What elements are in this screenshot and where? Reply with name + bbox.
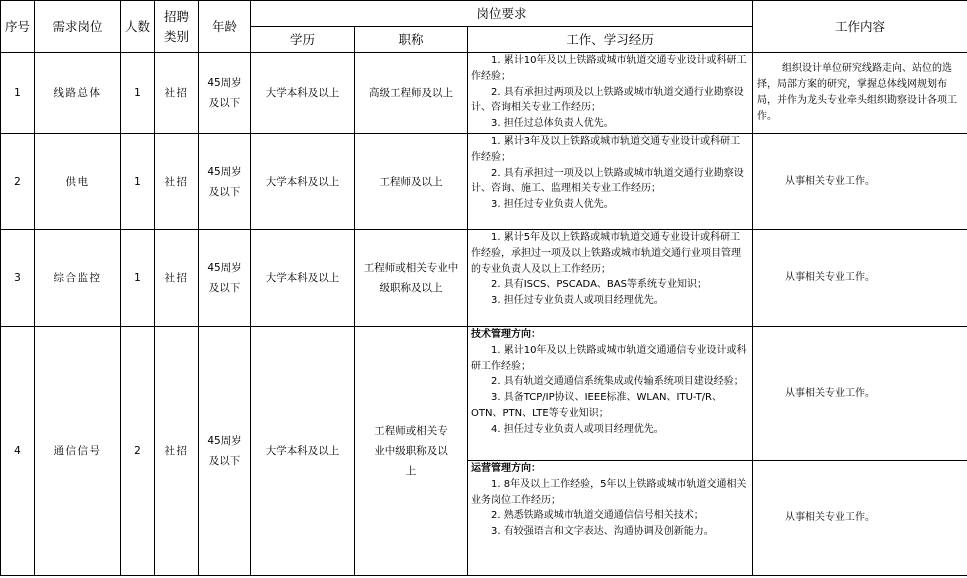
cell-position: 通信信号 (35, 327, 121, 576)
age-line2: 及以下 (199, 93, 250, 113)
header-experience: 工作、学习经历 (468, 27, 753, 53)
cell-education: 大学本科及以上 (251, 134, 355, 230)
cell-category: 社招 (155, 134, 199, 230)
job-content-text: 从事相关专业工作。 (757, 386, 963, 402)
age-line1: 45周岁 (199, 258, 250, 278)
age-line1: 45周岁 (199, 431, 250, 451)
cell-job-content: 从事相关专业工作。 (753, 230, 967, 327)
experience-item: 2. 具有承担过两项及以上铁路或城市轨道交通行业勘察设计、咨询相关专业工作经历； (471, 85, 749, 117)
cell-title: 高级工程师及以上 (355, 53, 468, 134)
cell-category: 社招 (155, 53, 199, 134)
experience-item: 1. 累计3年及以上铁路或城市轨道交通专业设计或科研工作经验； (471, 134, 749, 166)
job-content-text: 组织设计单位研究线路走向、站位的选择，局部方案的研究，掌握总体线网规划布局，并作… (757, 61, 963, 125)
header-education: 学历 (251, 27, 355, 53)
header-requirements: 岗位要求 (251, 1, 753, 27)
job-content-text: 从事相关专业工作。 (757, 510, 963, 526)
age-line2: 及以下 (199, 278, 250, 298)
header-job-content: 工作内容 (753, 1, 967, 53)
cell-job-content: 从事相关专业工作。 (753, 461, 967, 576)
cell-title: 工程师及以上 (355, 134, 468, 230)
cell-position: 供电 (35, 134, 121, 230)
header-title: 职称 (355, 27, 468, 53)
direction-heading: 运营管理方向： (471, 461, 749, 477)
cell-experience: 1. 累计3年及以上铁路或城市轨道交通专业设计或科研工作经验； 2. 具有承担过… (468, 134, 753, 230)
cell-job-content: 从事相关专业工作。 (753, 327, 967, 461)
header-category-line2: 类别 (155, 27, 198, 47)
job-content-text: 从事相关专业工作。 (757, 270, 963, 286)
experience-item: 1. 累计10年及以上铁路或城市轨道交通专业设计或科研工作经验； (471, 53, 749, 85)
cell-category: 社招 (155, 230, 199, 327)
cell-experience: 1. 累计10年及以上铁路或城市轨道交通专业设计或科研工作经验； 2. 具有承担… (468, 53, 753, 134)
cell-count: 1 (121, 230, 155, 327)
table-row: 2 供电 1 社招 45周岁 及以下 大学本科及以上 工程师及以上 1. 累计3… (1, 134, 967, 230)
cell-education: 大学本科及以上 (251, 327, 355, 576)
experience-item: 2. 具有ISCS、PSCADA、BAS等系统专业知识； (471, 277, 749, 293)
experience-item: 3. 担任过专业负责人优先。 (471, 197, 749, 213)
cell-position: 线路总体 (35, 53, 121, 134)
cell-count: 1 (121, 53, 155, 134)
experience-item: 1. 8年及以上工作经验，5年以上铁路或城市轨道交通相关业务岗位工作经历； (471, 477, 749, 509)
table-row: 4 通信信号 2 社招 45周岁 及以下 大学本科及以上 工程师或相关专业中级职… (1, 327, 967, 461)
cell-education: 大学本科及以上 (251, 53, 355, 134)
job-content-text: 从事相关专业工作。 (757, 174, 963, 190)
age-line1: 45周岁 (199, 73, 250, 93)
experience-item: 2. 熟悉铁路或城市轨道交通通信信号相关技术； (471, 508, 749, 524)
cell-seq: 4 (1, 327, 35, 576)
cell-experience-operations: 运营管理方向： 1. 8年及以上工作经验，5年以上铁路或城市轨道交通相关业务岗位… (468, 461, 753, 576)
experience-item: 4. 担任过专业负责人或项目经理优先。 (471, 422, 749, 438)
age-line2: 及以下 (199, 182, 250, 202)
cell-seq: 3 (1, 230, 35, 327)
experience-item: 2. 具有承担过一项及以上铁路或城市轨道交通行业勘察设计、咨询、施工、监理相关专… (471, 166, 749, 198)
cell-job-content: 组织设计单位研究线路走向、站位的选择，局部方案的研究，掌握总体线网规划布局，并作… (753, 53, 967, 134)
recruitment-table: 序号 需求岗位 人数 招聘 类别 年龄 岗位要求 工作内容 学历 职称 工作、学… (0, 0, 967, 576)
header-category-line1: 招聘 (155, 7, 198, 27)
cell-seq: 2 (1, 134, 35, 230)
experience-item: 3. 担任过总体负责人优先。 (471, 116, 749, 132)
cell-experience: 1. 累计5年及以上铁路或城市轨道交通专业设计或科研工作经验，承担过一项及以上铁… (468, 230, 753, 327)
experience-item: 3. 担任过专业负责人或项目经理优先。 (471, 293, 749, 309)
experience-item: 3. 有较强语言和文字表达、沟通协调及创新能力。 (471, 524, 749, 540)
header-category: 招聘 类别 (155, 1, 199, 53)
age-line2: 及以下 (199, 451, 250, 471)
cell-age: 45周岁 及以下 (199, 134, 251, 230)
experience-item: 3. 具备TCP/IP协议、IEEE标准、WLAN、ITU-T/R、OTN、PT… (471, 390, 749, 422)
table-row: 1 线路总体 1 社招 45周岁 及以下 大学本科及以上 高级工程师及以上 1.… (1, 53, 967, 134)
table-row: 3 综合监控 1 社招 45周岁 及以下 大学本科及以上 工程师或相关专业中级职… (1, 230, 967, 327)
cell-title: 工程师或相关专业中级职称及以上 (355, 230, 468, 327)
experience-item: 1. 累计10年及以上铁路或城市轨道交通通信专业设计或科研工作经验； (471, 343, 749, 375)
direction-heading: 技术管理方向： (471, 327, 749, 343)
cell-experience-technical: 技术管理方向： 1. 累计10年及以上铁路或城市轨道交通通信专业设计或科研工作经… (468, 327, 753, 461)
cell-count: 1 (121, 134, 155, 230)
cell-age: 45周岁 及以下 (199, 327, 251, 576)
experience-item: 2. 具有轨道交通通信系统集成或传输系统项目建设经验； (471, 374, 749, 390)
cell-seq: 1 (1, 53, 35, 134)
header-count: 人数 (121, 1, 155, 53)
cell-education: 大学本科及以上 (251, 230, 355, 327)
cell-category: 社招 (155, 327, 199, 576)
cell-age: 45周岁 及以下 (199, 230, 251, 327)
cell-position: 综合监控 (35, 230, 121, 327)
cell-age: 45周岁 及以下 (199, 53, 251, 134)
header-position: 需求岗位 (35, 1, 121, 53)
header-age: 年龄 (199, 1, 251, 53)
cell-count: 2 (121, 327, 155, 576)
header-seq: 序号 (1, 1, 35, 53)
age-line1: 45周岁 (199, 162, 250, 182)
experience-item: 1. 累计5年及以上铁路或城市轨道交通专业设计或科研工作经验，承担过一项及以上铁… (471, 230, 749, 277)
cell-title: 工程师或相关专业中级职称及以上 (355, 327, 468, 576)
cell-job-content: 从事相关专业工作。 (753, 134, 967, 230)
